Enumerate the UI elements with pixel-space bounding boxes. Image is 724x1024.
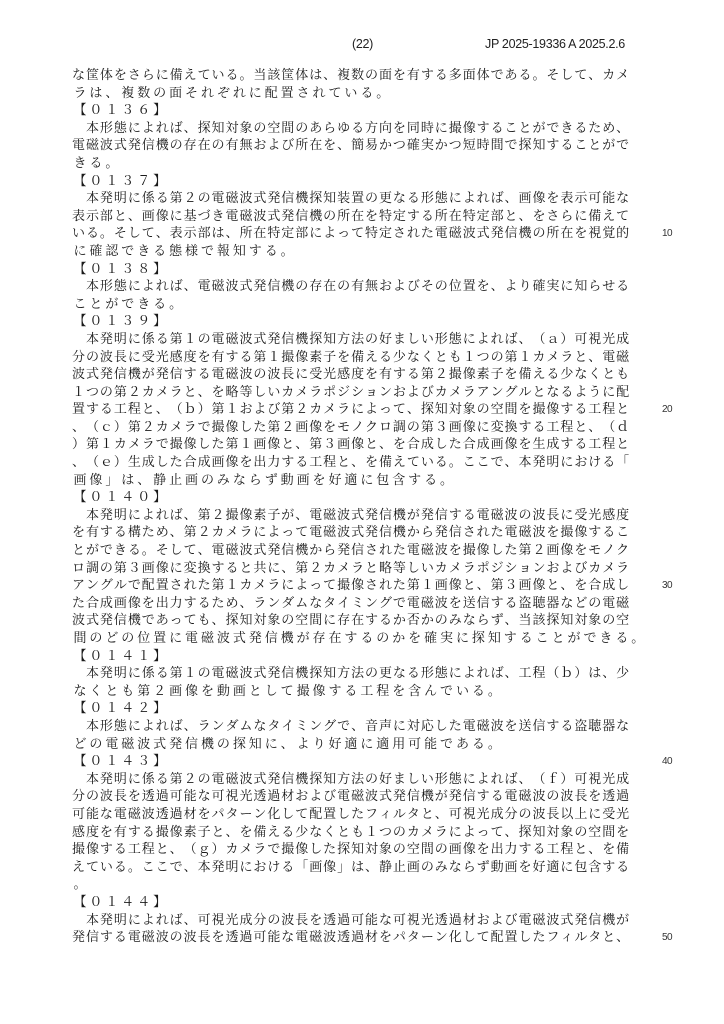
text-line: 本発明によれば、第２撮像素子が、電磁波式発信機が発信する電磁波の波長に受光感度 [72,507,630,525]
text-line: な筐体をさらに備えている。当該筐体は、複数の面を有する多面体である。そして、カメ [72,67,630,85]
text-line: ）第１カメラで撮像した第１画像と、第３画像と、を合成した合成画像を生成する工程と [72,436,630,454]
text-line: 本発明に係る第１の電磁波式発信機探知方法の更なる形態によれば、工程（ｂ）は、少 [72,665,630,683]
text-line: 撮像する工程と、（ｇ）カメラで撮像した探知対象の空間の画像を出力する工程と、を備 [72,841,630,859]
text-line: 本発明に係る第１の電磁波式発信機探知方法の好ましい形態によれば、（ａ）可視光成 [72,331,630,349]
line-number: 40 [662,756,672,767]
line-number: 50 [662,932,672,943]
text-line: 本発明に係る第２の電磁波式発信機探知方法の好ましい形態によれば、（ｆ）可視光成 [72,771,630,789]
text-line: 電磁波式発信機の存在の有無および所在を、簡易かつ確実かつ短時間で探知することがで [72,137,630,155]
text-line: どの電磁波式発信機の探知に、より好適に適用可能である。 [72,736,632,754]
paragraph-number: 【０１４０】 [72,489,632,507]
text-line: えている。ここで、本発明における「画像」は、静止画のみならず動画を好適に包含する [72,859,630,877]
line-number: 20 [662,404,672,415]
paragraph-number: 【０１３６】 [72,102,632,120]
text-line: を有する構ため、第２カメラによって電磁波式発信機から発信された電磁波を撮像するこ [72,524,630,542]
text-line: 、（ｅ）生成した合成画像を出力する工程と、を備えている。ここで、本発明における「 [72,454,630,472]
text-line: ことができる。 [72,296,632,314]
paragraph-number: 【０１４３】 [72,753,632,771]
text-line: 波式発信機であっても、探知対象の空間に存在するか否かのみならず、当該探知対象の空 [72,612,630,630]
text-line: 画像」は、静止画のみならず動画を好適に包含する。 [72,472,632,490]
text-line: ラは、複数の面それぞれに配置されている。 [72,85,632,103]
text-line: 本発明によれば、可視光成分の波長を透過可能な可視光透過材および電磁波式発信機が [72,912,630,930]
text-line: １つの第２カメラと、を略等しいカメラポジションおよびカメラアングルとなるように配 [72,384,630,402]
text-line: 表示部と、画像に基づき電磁波式発信機の所在を特定する所在特定部と、をさらに備えて [72,208,630,226]
text-line: なくとも第２画像を動画として撮像する工程を含んでいる。 [72,683,632,701]
paragraph-number: 【０１３９】 [72,313,632,331]
publication-number: JP 2025-19336 A 2025.2.6 [485,37,625,51]
text-line: 本発明に係る第２の電磁波式発信機探知装置の更なる形態によれば、画像を表示可能な [72,190,630,208]
paragraph-number: 【０１４４】 [72,894,632,912]
paragraph-number: 【０１４１】 [72,648,632,666]
text-line: 本形態によれば、電磁波式発信機の存在の有無およびその位置を、より確実に知らせる [72,278,630,296]
text-line: いる。そして、表示部は、所在特定部によって特定された電磁波式発信機の所在を視覚的 [72,225,630,243]
text-line: 、（ｃ）第２カメラで撮像した第２画像をモノクロ調の第３画像に変換する工程と、（ｄ [72,419,630,437]
text-line: 。 [72,876,632,894]
text-line: ロ調の第３画像に変換すると共に、第２カメラと略等しいカメラポジションおよびカメラ [72,560,630,578]
paragraph-number: 【０１４２】 [72,700,632,718]
text-line: 分の波長を透過可能な可視光透過材および電磁波式発信機が発信する電磁波の波長を透過 [72,788,630,806]
line-number: 10 [662,228,672,239]
text-line: た合成画像を出力するため、ランダムなタイミングで電磁波を送信する盗聴器などの電磁 [72,595,630,613]
text-line: 本形態によれば、ランダムなタイミングで、音声に対応した電磁波を送信する盗聴器な [72,718,630,736]
text-line: とができる。そして、電磁波式発信機から発信された電磁波を撮像した第２画像をモノク [72,542,630,560]
text-line: アングルで配置された第１カメラによって撮像された第１画像と、第３画像と、を合成し [72,577,630,595]
text-line: きる。 [72,155,632,173]
page-number: (22) [352,37,373,51]
paragraph-number: 【０１３７】 [72,173,632,191]
text-line: 発信する電磁波の波長を透過可能な電磁波透過材をパターン化して配置したフィルタと、 [72,929,630,947]
paragraph-number: 【０１３８】 [72,261,632,279]
text-line: 置する工程と、（ｂ）第１および第２カメラによって、探知対象の空間を撮像する工程と [72,401,630,419]
line-number: 30 [662,580,672,591]
text-line: 分の波長に受光感度を有する第１撮像素子を備える少なくとも１つの第１カメラと、電磁 [72,349,630,367]
text-line: 間のどの位置に電磁波式発信機が存在するのかを確実に探知することができる。 [72,630,632,648]
document-body: な筐体をさらに備えている。当該筐体は、複数の面を有する多面体である。そして、カメ… [72,67,632,947]
text-line: 本形態によれば、探知対象の空間のあらゆる方向を同時に撮像することができるため、 [72,120,630,138]
text-line: 感度を有する撮像素子と、を備える少なくとも１つのカメラによって、探知対象の空間を [72,824,630,842]
text-line: 波式発信機が発信する電磁波の波長に受光感度を有する第２撮像素子を備える少なくとも [72,366,630,384]
text-line: 可能な電磁波透過材をパターン化して配置したフィルタと、可視光成分の波長以上に受光 [72,806,630,824]
text-line: に確認できる態様で報知する。 [72,243,632,261]
